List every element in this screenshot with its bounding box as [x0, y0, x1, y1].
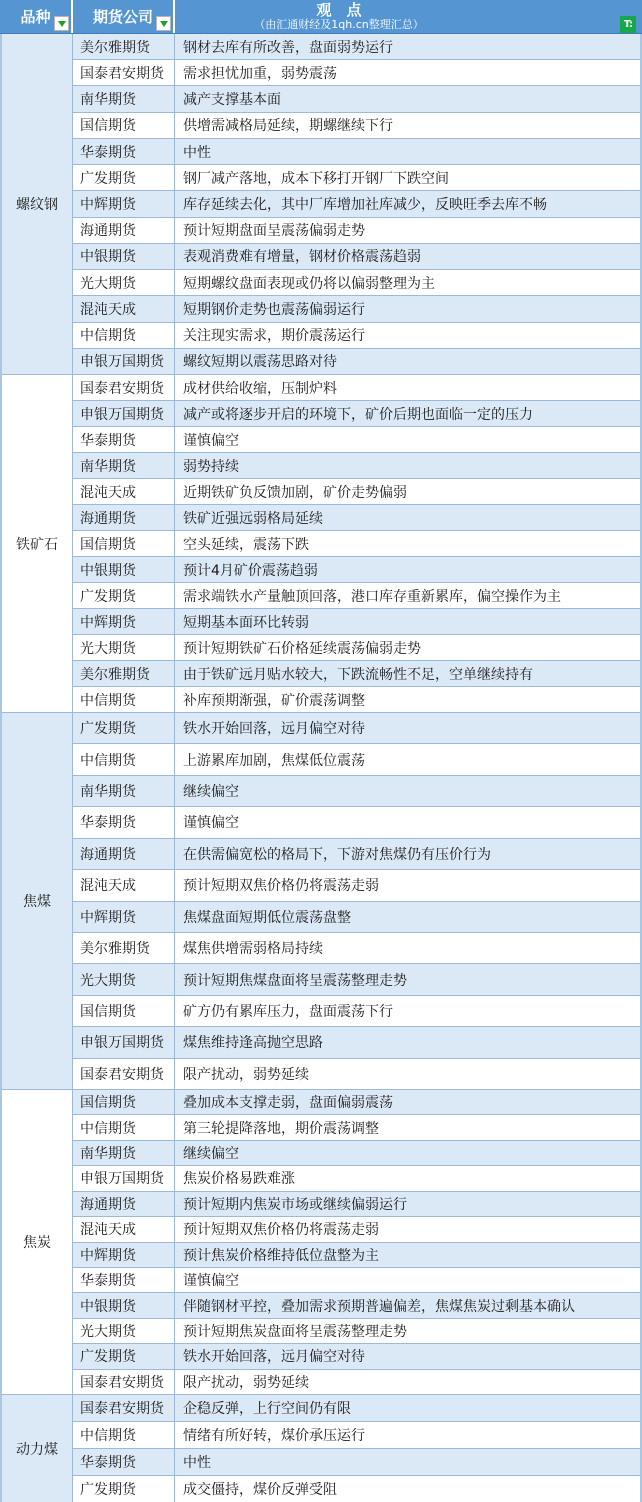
variety-section: 铁矿石国泰君安期货成材供给收缩，压制炉料申银万国期货减产或将逐步开启的环境下，矿… — [2, 375, 640, 713]
variety-section: 螺纹钢美尔雅期货钢材去库有所改善，盘面弱势运行国泰君安期货需求担忧加重，弱势震荡… — [2, 34, 640, 375]
table-body: 螺纹钢美尔雅期货钢材去库有所改善，盘面弱势运行国泰君安期货需求担忧加重，弱势震荡… — [0, 34, 642, 1502]
table-row: 中银期货预计4月矿价震荡趋弱 — [73, 557, 640, 583]
opinion-cell[interactable]: 钢材去库有所改善，盘面弱势运行 — [175, 34, 640, 59]
company-cell[interactable]: 美尔雅期货 — [73, 661, 175, 686]
futures-opinion-sheet: 品种 期货公司 观 点 （由汇通财经及1qh.cn整理汇总） T: 螺纹钢美尔雅… — [0, 0, 642, 1502]
variety-cell[interactable]: 焦炭 — [2, 1090, 73, 1394]
table-row: 中辉期货预计焦炭价格维持低位盘整为主 — [73, 1243, 640, 1268]
company-cell[interactable]: 申银万国期货 — [73, 401, 175, 426]
table-row: 国信期货叠加成本支撑走弱，盘面偏弱震荡 — [73, 1090, 640, 1115]
opinion-cell[interactable]: 企稳反弹，上行空间仍有限 — [175, 1395, 640, 1421]
opinion-cell[interactable]: 短期螺纹盘面表现或仍将以偏弱整理为主 — [175, 270, 640, 295]
company-cell[interactable]: 中信期货 — [73, 323, 175, 348]
opinion-cell[interactable]: 需求端铁水产量触顶回落，港口库存重新累库，偏空操作为主 — [175, 583, 640, 608]
opinion-cell[interactable]: 螺纹短期以震荡思路对待 — [175, 349, 640, 374]
table-row: 美尔雅期货由于铁矿远月贴水较大，下跌流畅性不足，空单继续持有 — [73, 661, 640, 687]
opinion-cell[interactable]: 减产支撑基本面 — [175, 86, 640, 111]
opinion-cell[interactable]: 短期基本面环比转弱 — [175, 609, 640, 634]
header-cell-variety[interactable]: 品种 — [0, 0, 73, 33]
company-cell[interactable]: 混沌天成 — [73, 479, 175, 504]
table-row: 申银万国期货煤焦维持逢高抛空思路 — [73, 1027, 640, 1058]
opinion-cell[interactable]: 铁水开始回落，远月偏空对待 — [175, 713, 640, 743]
company-cell[interactable]: 光大期货 — [73, 964, 175, 994]
table-row: 中信期货情绪有所好转，煤价承压运行 — [73, 1422, 640, 1449]
table-row: 国信期货供增需减格局延续，期螺继续下行 — [73, 113, 640, 139]
opinion-subtitle: （由汇通财经及1qh.cn整理汇总） — [254, 19, 423, 31]
opinion-cell[interactable]: 继续偏空 — [175, 776, 640, 806]
opinion-cell[interactable]: 由于铁矿远月贴水较大，下跌流畅性不足，空单继续持有 — [175, 661, 640, 686]
table-row: 中辉期货库存延续去化，其中厂库增加社库减少，反映旺季去库不畅 — [73, 191, 640, 217]
opinion-cell[interactable]: 预计短期盘面呈震荡偏弱走势 — [175, 218, 640, 243]
table-row: 美尔雅期货煤焦供增需弱格局持续 — [73, 933, 640, 964]
opinion-cell[interactable]: 预计短期焦煤盘面将呈震荡整理走势 — [175, 964, 640, 994]
table-row: 国信期货空头延续，震荡下跌 — [73, 531, 640, 557]
opinion-title: 观 点 — [316, 2, 361, 19]
opinion-cell[interactable]: 中性 — [175, 1449, 640, 1475]
company-cell[interactable]: 广发期货 — [73, 713, 175, 743]
opinion-cell[interactable]: 铁水开始回落，远月偏空对待 — [175, 1344, 640, 1368]
opinion-cell[interactable]: 近期铁矿负反馈加剧，矿价走势偏弱 — [175, 479, 640, 504]
company-cell[interactable]: 海通期货 — [73, 839, 175, 869]
variety-section: 焦炭国信期货叠加成本支撑走弱，盘面偏弱震荡中信期货第三轮提降落地，期价震荡调整南… — [2, 1090, 640, 1395]
company-cell[interactable]: 广发期货 — [73, 1476, 175, 1502]
opinion-cell[interactable]: 伴随钢材平控，叠加需求预期普遍偏差，焦煤焦炭过剩基本确认 — [175, 1293, 640, 1317]
table-row: 华泰期货中性 — [73, 139, 640, 165]
variety-section: 动力煤国泰君安期货企稳反弹，上行空间仍有限中信期货情绪有所好转，煤价承压运行华泰… — [2, 1395, 640, 1502]
opinion-cell[interactable]: 成材供给收缩，压制炉料 — [175, 375, 640, 400]
table-row: 光大期货预计短期焦煤盘面将呈震荡整理走势 — [73, 964, 640, 995]
opinion-cell[interactable]: 第三轮提降落地，期价震荡调整 — [175, 1115, 640, 1139]
opinion-cell[interactable]: 空头延续，震荡下跌 — [175, 531, 640, 556]
company-cell[interactable]: 中辉期货 — [73, 902, 175, 932]
table-row: 中信期货补库预期渐强，矿价震荡调整 — [73, 687, 640, 712]
table-row: 华泰期货谨慎偏空 — [73, 1268, 640, 1293]
opinion-cell[interactable]: 补库预期渐强，矿价震荡调整 — [175, 687, 640, 712]
table-row: 华泰期货中性 — [73, 1449, 640, 1476]
company-cell[interactable]: 中辉期货 — [73, 1243, 175, 1267]
company-cell[interactable]: 混沌天成 — [73, 296, 175, 321]
company-cell[interactable]: 南华期货 — [73, 86, 175, 111]
company-cell[interactable]: 华泰期货 — [73, 1268, 175, 1292]
table-row: 光大期货预计短期铁矿石价格延续震荡偏弱走势 — [73, 635, 640, 661]
opinion-cell[interactable]: 预计4月矿价震荡趋弱 — [175, 557, 640, 582]
company-cell[interactable]: 国信期货 — [73, 113, 175, 138]
company-cell[interactable]: 中银期货 — [73, 1293, 175, 1317]
table-row: 海通期货预计短期内焦炭市场或继续偏弱运行 — [73, 1192, 640, 1217]
opinion-cell[interactable]: 煤焦维持逢高抛空思路 — [175, 1027, 640, 1057]
variety-section: 焦煤广发期货铁水开始回落，远月偏空对待中信期货上游累库加剧，焦煤低位震荡南华期货… — [2, 713, 640, 1090]
opinion-cell[interactable]: 表观消费难有增量，钢材价格震荡趋弱 — [175, 244, 640, 269]
opinion-cell[interactable]: 情绪有所好转，煤价承压运行 — [175, 1422, 640, 1448]
table-row: 混沌天成预计短期双焦价格仍将震荡走弱 — [73, 1217, 640, 1242]
table-row: 广发期货铁水开始回落，远月偏空对待 — [73, 713, 640, 744]
header-variety-label: 品种 — [20, 6, 50, 27]
table-row: 申银万国期货减产或将逐步开启的环境下，矿价后期也面临一定的压力 — [73, 401, 640, 427]
table-row: 国泰君安期货企稳反弹，上行空间仍有限 — [73, 1395, 640, 1422]
table-row: 国泰君安期货成材供给收缩，压制炉料 — [73, 375, 640, 401]
opinion-cell[interactable]: 焦炭价格易跌难涨 — [175, 1166, 640, 1190]
variety-cell[interactable]: 焦煤 — [2, 713, 73, 1089]
header-cell-company[interactable]: 期货公司 — [73, 0, 175, 33]
opinion-cell[interactable]: 需求担忧加重，弱势震荡 — [175, 60, 640, 85]
company-cell[interactable]: 美尔雅期货 — [73, 34, 175, 59]
opinion-cell[interactable]: 铁矿近强远弱格局延续 — [175, 505, 640, 530]
opinion-cell[interactable]: 预计短期双焦价格仍将震荡走弱 — [175, 870, 640, 900]
table-row: 中信期货关注现实需求，期价震荡运行 — [73, 323, 640, 349]
header-company-label: 期货公司 — [93, 6, 153, 27]
company-cell[interactable]: 国信期货 — [73, 996, 175, 1026]
table-row: 混沌天成短期钢价走势也震荡偏弱运行 — [73, 296, 640, 322]
table-row: 华泰期货谨慎偏空 — [73, 427, 640, 453]
company-cell[interactable]: 中银期货 — [73, 557, 175, 582]
table-row: 国泰君安期货需求担忧加重，弱势震荡 — [73, 60, 640, 86]
opinion-cell[interactable]: 上游累库加剧，焦煤低位震荡 — [175, 744, 640, 774]
table-row: 海通期货铁矿近强远弱格局延续 — [73, 505, 640, 531]
company-cell[interactable]: 光大期货 — [73, 270, 175, 295]
table-row: 南华期货继续偏空 — [73, 1141, 640, 1166]
company-cell[interactable]: 美尔雅期货 — [73, 933, 175, 963]
table-row: 申银万国期货焦炭价格易跌难涨 — [73, 1166, 640, 1191]
table-row: 中银期货表观消费难有增量，钢材价格震荡趋弱 — [73, 244, 640, 270]
table-row: 光大期货短期螺纹盘面表现或仍将以偏弱整理为主 — [73, 270, 640, 296]
company-cell[interactable]: 申银万国期货 — [73, 349, 175, 374]
opinion-cell[interactable]: 限产扰动，弱势延续 — [175, 1370, 640, 1394]
opinion-cell[interactable]: 预计焦炭价格维持低位盘整为主 — [175, 1243, 640, 1267]
opinion-cell[interactable]: 钢厂减产落地，成本下移打开钢厂下跌空间 — [175, 165, 640, 190]
table-row: 申银万国期货螺纹短期以震荡思路对待 — [73, 349, 640, 374]
table-row: 海通期货在供需偏宽松的格局下，下游对焦煤仍有压价行为 — [73, 839, 640, 870]
company-cell[interactable]: 光大期货 — [73, 635, 175, 660]
company-cell[interactable]: 广发期货 — [73, 165, 175, 190]
opinion-cell[interactable]: 叠加成本支撑走弱，盘面偏弱震荡 — [175, 1090, 640, 1114]
company-cell[interactable]: 国泰君安期货 — [73, 1395, 175, 1421]
company-cell[interactable]: 国泰君安期货 — [73, 1059, 175, 1089]
company-cell[interactable]: 中辉期货 — [73, 609, 175, 634]
table-row: 国泰君安期货限产扰动，弱势延续 — [73, 1370, 640, 1394]
company-cell[interactable]: 申银万国期货 — [73, 1166, 175, 1190]
variety-cell[interactable]: 螺纹钢 — [2, 34, 73, 374]
company-cell[interactable]: 南华期货 — [73, 1141, 175, 1165]
table-row: 国泰君安期货限产扰动，弱势延续 — [73, 1059, 640, 1089]
opinion-cell[interactable]: 限产扰动，弱势延续 — [175, 1059, 640, 1089]
table-row: 中辉期货短期基本面环比转弱 — [73, 609, 640, 635]
opinion-cell[interactable]: 煤焦供增需弱格局持续 — [175, 933, 640, 963]
header-cell-opinion[interactable]: 观 点 （由汇通财经及1qh.cn整理汇总） — [175, 0, 642, 33]
company-cell[interactable]: 中信期货 — [73, 1422, 175, 1448]
opinion-cell[interactable]: 谨慎偏空 — [175, 807, 640, 837]
company-cell[interactable]: 国泰君安期货 — [73, 375, 175, 400]
table-row: 华泰期货谨慎偏空 — [73, 807, 640, 838]
table-row: 南华期货弱势持续 — [73, 453, 640, 479]
table-row: 中信期货上游累库加剧，焦煤低位震荡 — [73, 744, 640, 775]
company-cell[interactable]: 广发期货 — [73, 1344, 175, 1368]
company-cell[interactable]: 中信期货 — [73, 1115, 175, 1139]
opinion-cell[interactable]: 预计短期双焦价格仍将震荡走弱 — [175, 1217, 640, 1241]
opinion-cell[interactable]: 谨慎偏空 — [175, 1268, 640, 1292]
company-cell[interactable]: 华泰期货 — [73, 1449, 175, 1475]
section-rows: 广发期货铁水开始回落，远月偏空对待中信期货上游累库加剧，焦煤低位震荡南华期货继续… — [73, 713, 640, 1089]
opinion-cell[interactable]: 减产或将逐步开启的环境下，矿价后期也面临一定的压力 — [175, 401, 640, 426]
table-row: 南华期货继续偏空 — [73, 776, 640, 807]
chevron-down-icon — [58, 21, 66, 27]
section-rows: 国泰君安期货成材供给收缩，压制炉料申银万国期货减产或将逐步开启的环境下，矿价后期… — [73, 375, 640, 712]
opinion-cell[interactable]: 预计短期铁矿石价格延续震荡偏弱走势 — [175, 635, 640, 660]
table-row: 广发期货铁水开始回落，远月偏空对待 — [73, 1344, 640, 1369]
filter-funnel-icon[interactable]: T: — [620, 16, 636, 33]
table-row: 国信期货矿方仍有累库压力，盘面震荡下行 — [73, 996, 640, 1027]
company-cell[interactable]: 中信期货 — [73, 744, 175, 774]
opinion-cell[interactable]: 谨慎偏空 — [175, 427, 640, 452]
table-row: 广发期货需求端铁水产量触顶回落，港口库存重新累库，偏空操作为主 — [73, 583, 640, 609]
company-cell[interactable]: 华泰期货 — [73, 139, 175, 164]
company-cell[interactable]: 南华期货 — [73, 776, 175, 806]
opinion-cell[interactable]: 预计短期焦炭盘面将呈震荡整理走势 — [175, 1319, 640, 1343]
table-row: 混沌天成预计短期双焦价格仍将震荡走弱 — [73, 870, 640, 901]
company-cell[interactable]: 华泰期货 — [73, 427, 175, 452]
company-cell[interactable]: 申银万国期货 — [73, 1027, 175, 1057]
opinion-cell[interactable]: 预计短期内焦炭市场或继续偏弱运行 — [175, 1192, 640, 1216]
company-cell[interactable]: 海通期货 — [73, 1192, 175, 1216]
company-cell[interactable]: 华泰期货 — [73, 807, 175, 837]
table-row: 中辉期货焦煤盘面短期低位震荡盘整 — [73, 902, 640, 933]
opinion-cell[interactable]: 继续偏空 — [175, 1141, 640, 1165]
table-header: 品种 期货公司 观 点 （由汇通财经及1qh.cn整理汇总） T: — [0, 0, 642, 34]
opinion-cell[interactable]: 弱势持续 — [175, 453, 640, 478]
variety-cell[interactable]: 动力煤 — [2, 1395, 73, 1502]
table-row: 海通期货预计短期盘面呈震荡偏弱走势 — [73, 218, 640, 244]
opinion-cell[interactable]: 矿方仍有累库压力，盘面震荡下行 — [175, 996, 640, 1026]
company-cell[interactable]: 海通期货 — [73, 218, 175, 243]
opinion-cell[interactable]: 供增需减格局延续，期螺继续下行 — [175, 113, 640, 138]
chevron-down-icon — [160, 21, 168, 27]
opinion-cell[interactable]: 成交僵持，煤价反弹受阻 — [175, 1476, 640, 1502]
company-cell[interactable]: 国信期货 — [73, 1090, 175, 1114]
opinion-cell[interactable]: 中性 — [175, 139, 640, 164]
variety-cell[interactable]: 铁矿石 — [2, 375, 73, 712]
section-rows: 国信期货叠加成本支撑走弱，盘面偏弱震荡中信期货第三轮提降落地，期价震荡调整南华期… — [73, 1090, 640, 1394]
company-cell[interactable]: 中银期货 — [73, 244, 175, 269]
opinion-cell[interactable]: 短期钢价走势也震荡偏弱运行 — [175, 296, 640, 321]
table-row: 广发期货钢厂减产落地，成本下移打开钢厂下跌空间 — [73, 165, 640, 191]
table-row: 广发期货成交僵持，煤价反弹受阻 — [73, 1476, 640, 1502]
opinion-cell[interactable]: 库存延续去化，其中厂库增加社库减少，反映旺季去库不畅 — [175, 191, 640, 216]
variety-filter-button[interactable] — [54, 16, 69, 31]
table-row: 光大期货预计短期焦炭盘面将呈震荡整理走势 — [73, 1319, 640, 1344]
company-cell[interactable]: 混沌天成 — [73, 1217, 175, 1241]
company-cell[interactable]: 中辉期货 — [73, 191, 175, 216]
table-row: 混沌天成近期铁矿负反馈加剧，矿价走势偏弱 — [73, 479, 640, 505]
section-rows: 国泰君安期货企稳反弹，上行空间仍有限中信期货情绪有所好转，煤价承压运行华泰期货中… — [73, 1395, 640, 1502]
opinion-cell[interactable]: 关注现实需求，期价震荡运行 — [175, 323, 640, 348]
table-row: 中银期货伴随钢材平控，叠加需求预期普遍偏差，焦煤焦炭过剩基本确认 — [73, 1293, 640, 1318]
table-row: 中信期货第三轮提降落地，期价震荡调整 — [73, 1115, 640, 1140]
company-cell[interactable]: 混沌天成 — [73, 870, 175, 900]
company-cell[interactable]: 国信期货 — [73, 531, 175, 556]
table-row: 南华期货减产支撑基本面 — [73, 86, 640, 112]
opinion-cell[interactable]: 焦煤盘面短期低位震荡盘整 — [175, 902, 640, 932]
company-cell[interactable]: 国泰君安期货 — [73, 1370, 175, 1394]
table-row: 美尔雅期货钢材去库有所改善，盘面弱势运行 — [73, 34, 640, 60]
opinion-cell[interactable]: 在供需偏宽松的格局下，下游对焦煤仍有压价行为 — [175, 839, 640, 869]
section-rows: 美尔雅期货钢材去库有所改善，盘面弱势运行国泰君安期货需求担忧加重，弱势震荡南华期… — [73, 34, 640, 374]
company-cell[interactable]: 中信期货 — [73, 687, 175, 712]
company-cell[interactable]: 光大期货 — [73, 1319, 175, 1343]
company-cell[interactable]: 国泰君安期货 — [73, 60, 175, 85]
company-cell[interactable]: 南华期货 — [73, 453, 175, 478]
company-filter-button[interactable] — [156, 16, 171, 31]
company-cell[interactable]: 广发期货 — [73, 583, 175, 608]
company-cell[interactable]: 海通期货 — [73, 505, 175, 530]
